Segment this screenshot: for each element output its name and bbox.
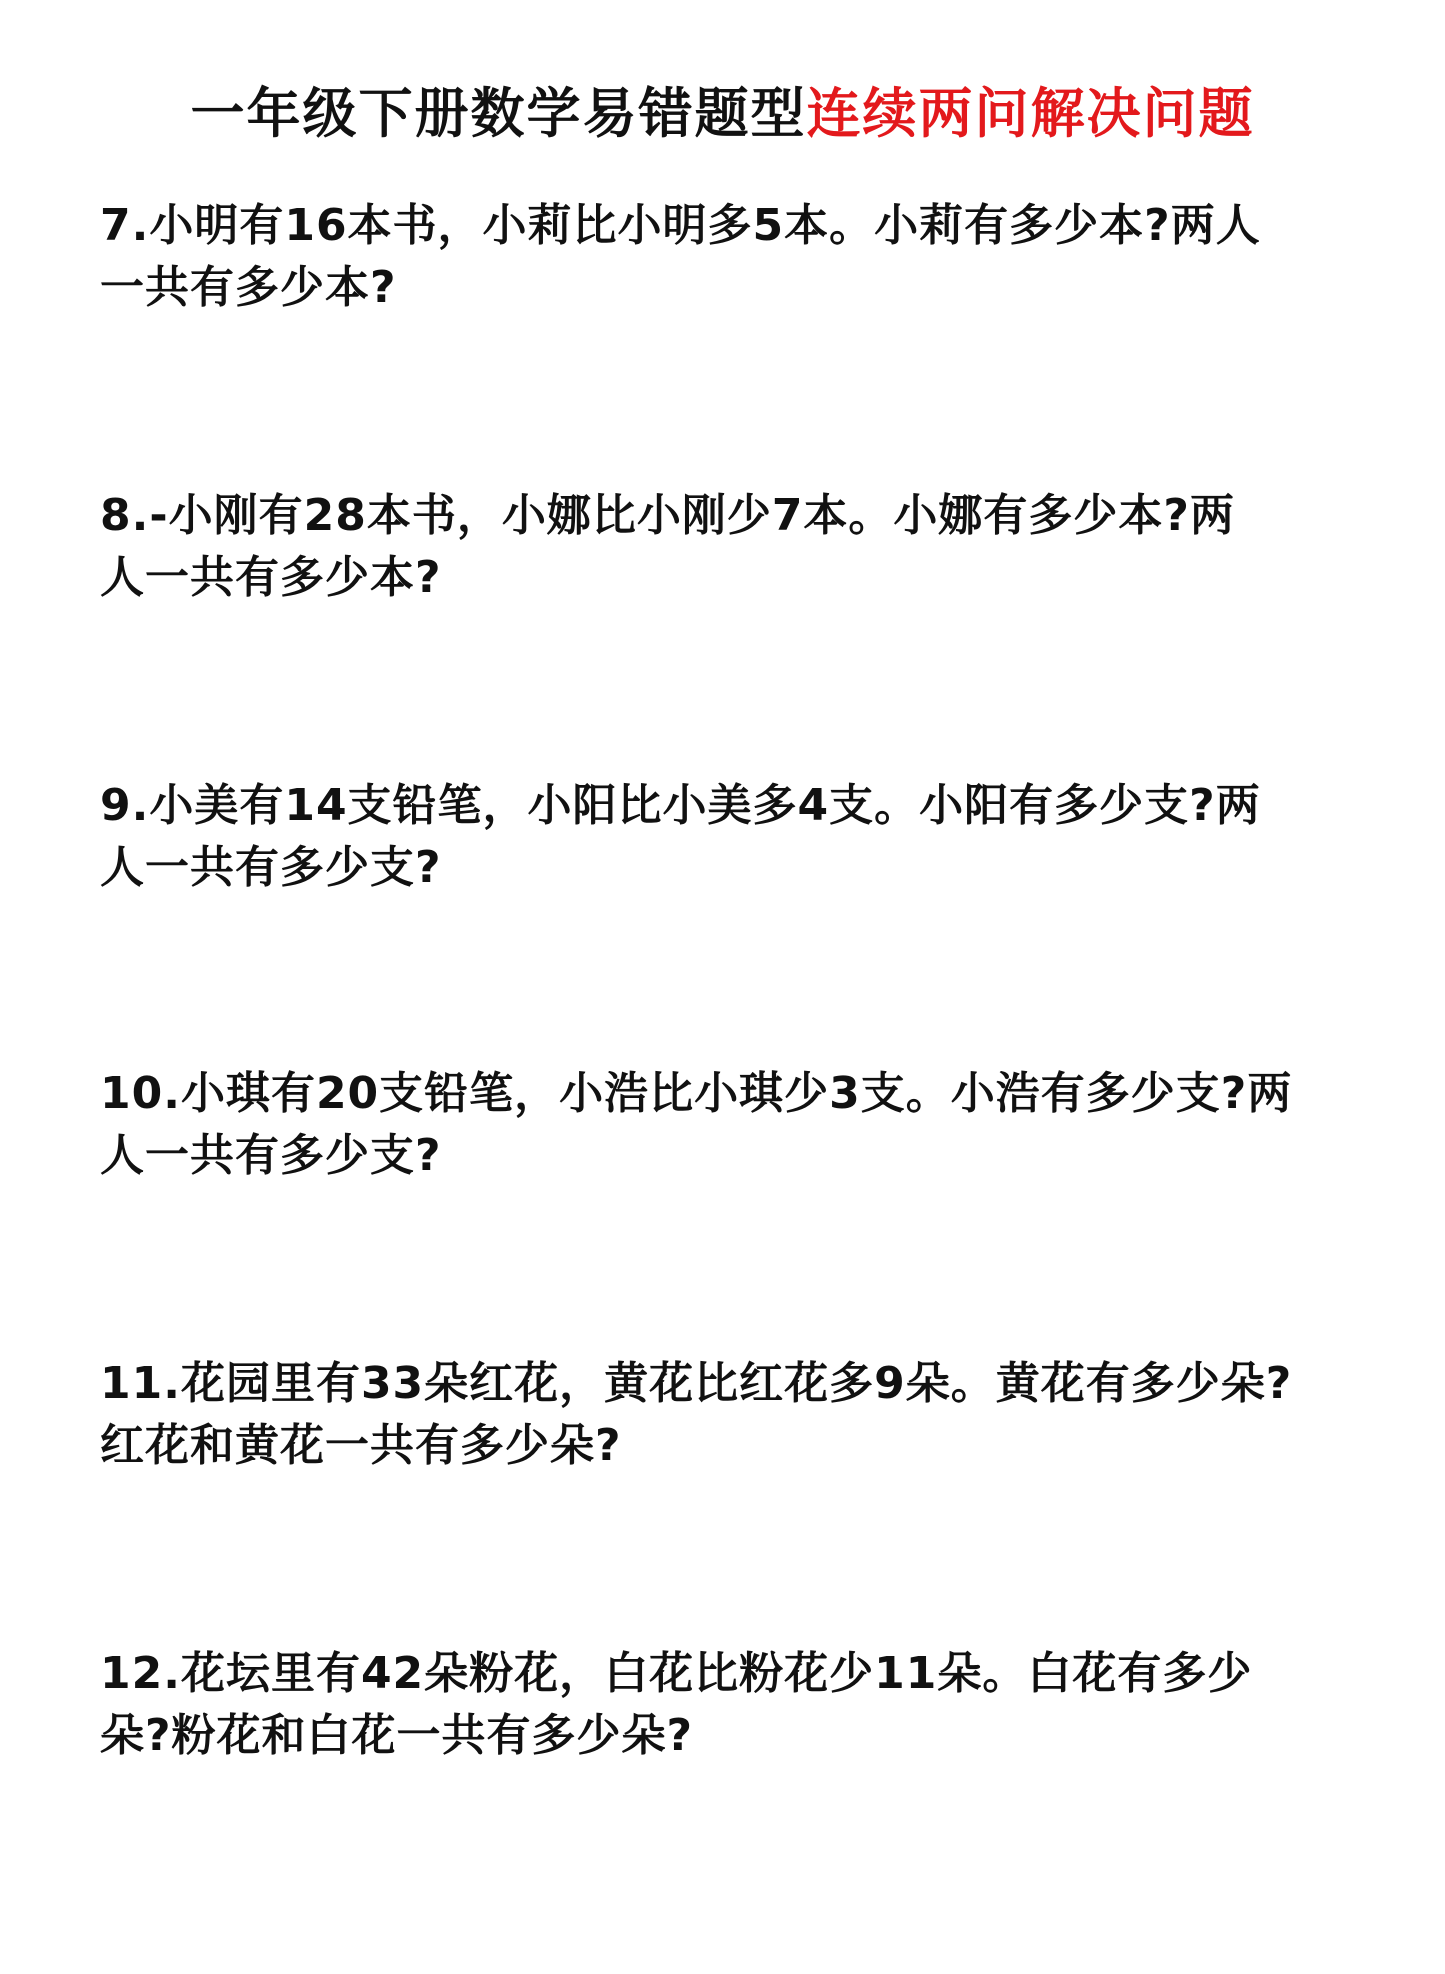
- problem-line: 朵?粉花和白花一共有多少朵?: [100, 1705, 1360, 1767]
- problem-line: 7.小明有16本书，小莉比小明多5本。小莉有多少本?两人: [100, 195, 1360, 257]
- problem-11: 11.花园里有33朵红花，黄花比红花多9朵。黄花有多少朵? 红花和黄花一共有多少…: [100, 1353, 1360, 1477]
- problem-8: 8.-小刚有28本书，小娜比小刚少7本。小娜有多少本?两 人一共有多少本?: [100, 485, 1360, 609]
- title-prefix: 一年级下册数学易错题型: [191, 81, 807, 145]
- problem-line: 人一共有多少支?: [100, 837, 1360, 899]
- page-title: 一年级下册数学易错题型连续两问解决问题: [0, 78, 1445, 148]
- problem-line: 11.花园里有33朵红花，黄花比红花多9朵。黄花有多少朵?: [100, 1353, 1360, 1415]
- problem-7: 7.小明有16本书，小莉比小明多5本。小莉有多少本?两人 一共有多少本?: [100, 195, 1360, 319]
- problem-line: 8.-小刚有28本书，小娜比小刚少7本。小娜有多少本?两: [100, 485, 1360, 547]
- problem-line: 一共有多少本?: [100, 257, 1360, 319]
- title-highlight: 连续两问解决问题: [807, 81, 1255, 145]
- problem-line: 红花和黄花一共有多少朵?: [100, 1415, 1360, 1477]
- problem-line: 9.小美有14支铅笔，小阳比小美多4支。小阳有多少支?两: [100, 775, 1360, 837]
- problem-line: 人一共有多少支?: [100, 1125, 1360, 1187]
- problem-line: 人一共有多少本?: [100, 547, 1360, 609]
- problem-line: 12.花坛里有42朵粉花，白花比粉花少11朵。白花有多少: [100, 1643, 1360, 1705]
- problem-10: 10.小琪有20支铅笔，小浩比小琪少3支。小浩有多少支?两 人一共有多少支?: [100, 1063, 1360, 1187]
- problem-9: 9.小美有14支铅笔，小阳比小美多4支。小阳有多少支?两 人一共有多少支?: [100, 775, 1360, 899]
- problem-line: 10.小琪有20支铅笔，小浩比小琪少3支。小浩有多少支?两: [100, 1063, 1360, 1125]
- problem-12: 12.花坛里有42朵粉花，白花比粉花少11朵。白花有多少 朵?粉花和白花一共有多…: [100, 1643, 1360, 1767]
